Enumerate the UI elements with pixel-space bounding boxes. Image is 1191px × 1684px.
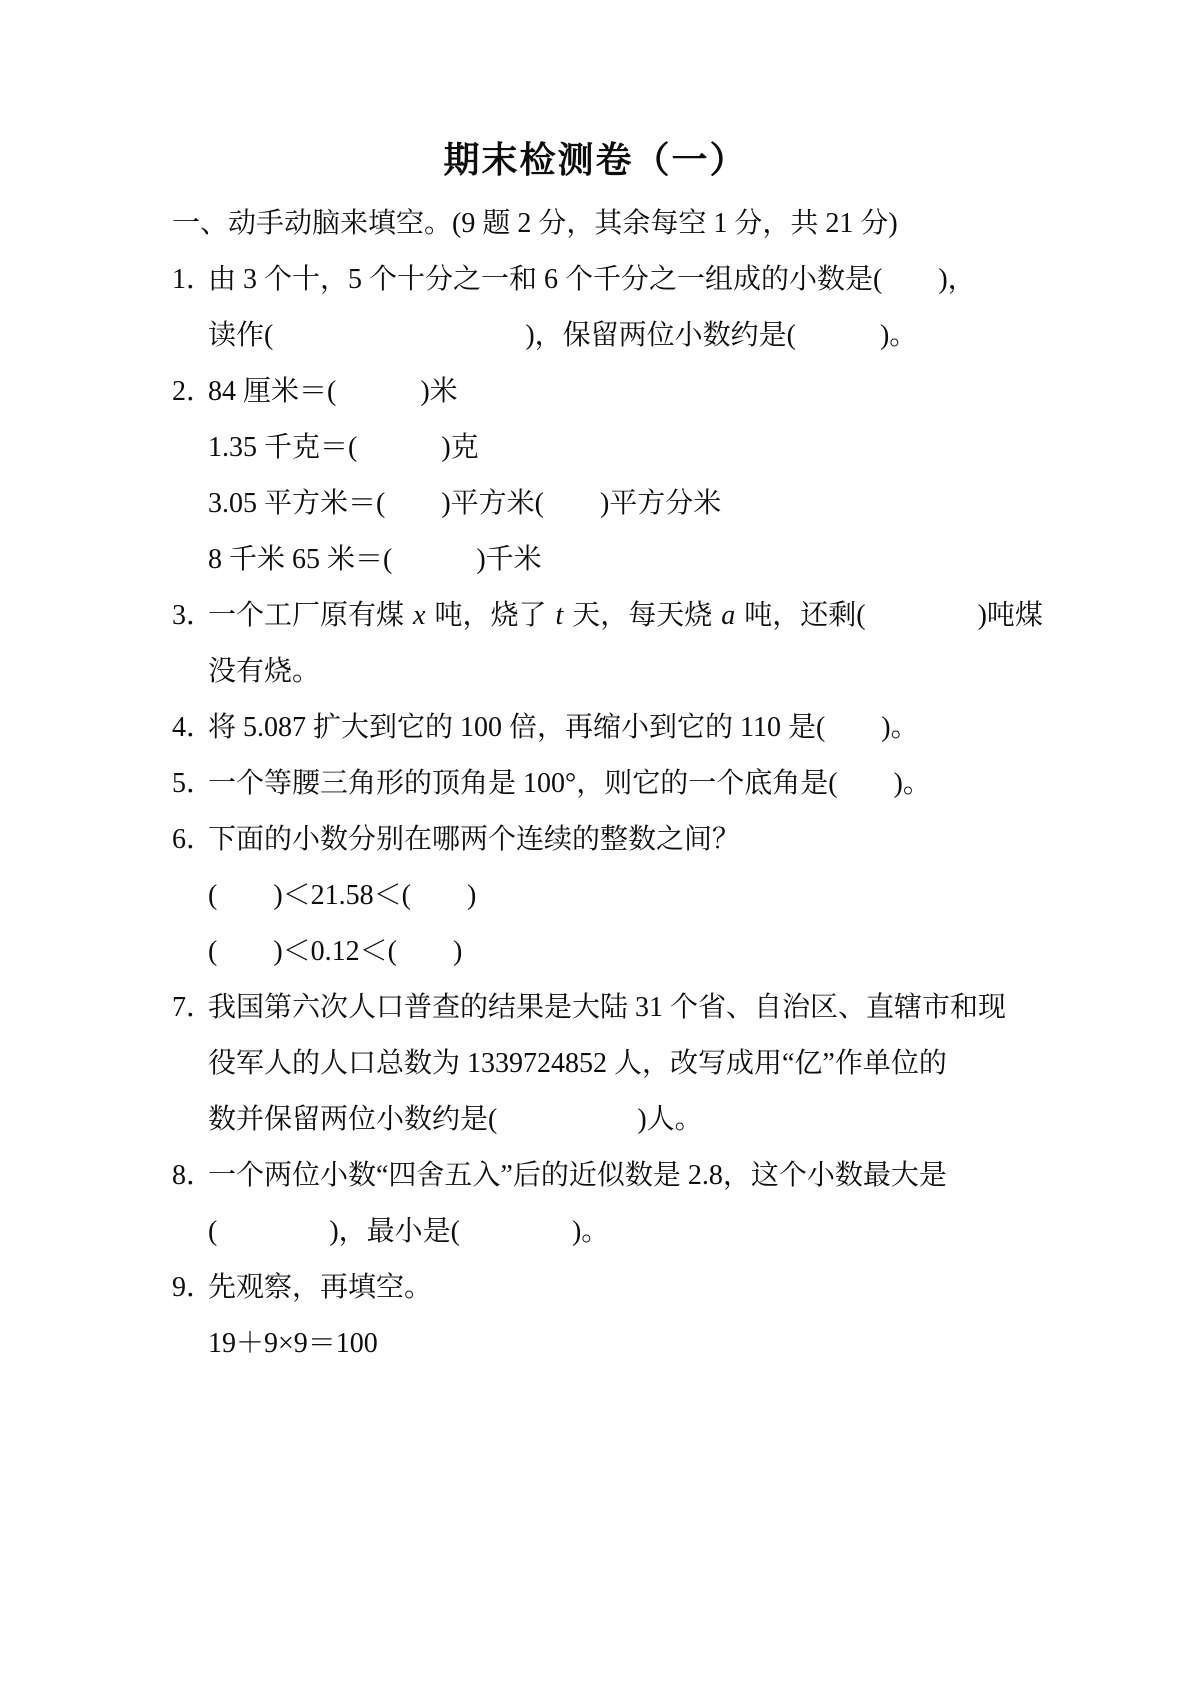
question-7-text: 我国第六次人口普查的结果是大陆 31 个省、自治区、直辖市和现 — [208, 992, 1006, 1023]
question-2-line-4: 8 千米 65 米＝( )千米 — [172, 532, 1051, 588]
question-4-text: 将 5.087 扩大到它的 100 倍，再缩小到它的 110 是( )。 — [208, 712, 919, 743]
question-9-line-1: 9．先观察，再填空。 — [172, 1260, 1051, 1316]
question-3-text-part: 吨，烧了 — [427, 600, 553, 631]
question-8-line-2: ( )，最小是( )。 — [172, 1204, 1051, 1260]
question-1-text: 由 3 个十，5 个十分之一和 6 个千分之一组成的小数是( )， — [208, 264, 976, 295]
question-7-line-2: 役军人的人口总数为 1339724852 人，改写成用“亿”作单位的 — [172, 1036, 1051, 1092]
question-7-line-3: 数并保留两位小数约是( )人。 — [172, 1092, 1051, 1148]
question-1-line-1: 1．由 3 个十，5 个十分之一和 6 个千分之一组成的小数是( )， — [172, 252, 1051, 308]
variable-x: x — [411, 600, 427, 631]
question-section: 一、动手动脑来填空。(9 题 2 分，其余每空 1 分，共 21 分) 1．由 … — [0, 196, 1191, 1372]
question-1-line-2: 读作( )，保留两位小数约是( )。 — [172, 308, 1051, 364]
question-9-text: 先观察，再填空。 — [208, 1272, 432, 1303]
exam-page: 期末检测卷（一） 一、动手动脑来填空。(9 题 2 分，其余每空 1 分，共 2… — [0, 0, 1191, 1684]
question-8-text: 一个两位小数“四舍五入”后的近似数是 2.8，这个小数最大是 — [208, 1160, 947, 1191]
question-3-line-2: 没有烧。 — [172, 644, 1051, 700]
question-2-line-1: 2．84 厘米＝( )米 — [172, 364, 1051, 420]
question-6-number: 6． — [172, 812, 208, 868]
variable-a: a — [719, 600, 737, 631]
question-8-number: 8． — [172, 1148, 208, 1204]
question-2-number: 2． — [172, 364, 208, 420]
question-3-text: 一个工厂原有煤 x 吨，烧了 t 天，每天烧 a 吨，还剩( )吨煤 — [208, 600, 1043, 631]
question-2-text: 84 厘米＝( )米 — [208, 376, 458, 407]
question-3-text-part: 一个工厂原有煤 — [208, 600, 411, 631]
question-4-line-1: 4．将 5.087 扩大到它的 100 倍，再缩小到它的 110 是( )。 — [172, 700, 1051, 756]
question-6-text: 下面的小数分别在哪两个连续的整数之间？ — [208, 824, 740, 855]
question-9-number: 9． — [172, 1260, 208, 1316]
question-7-line-1: 7．我国第六次人口普查的结果是大陆 31 个省、自治区、直辖市和现 — [172, 980, 1051, 1036]
question-5-line-1: 5．一个等腰三角形的顶角是 100°，则它的一个底角是( )。 — [172, 756, 1051, 812]
question-7-number: 7． — [172, 980, 208, 1036]
question-3-text-part: 天，每天烧 — [565, 600, 719, 631]
question-4-number: 4． — [172, 700, 208, 756]
variable-t: t — [553, 600, 565, 631]
question-2-line-3: 3.05 平方米＝( )平方米( )平方分米 — [172, 476, 1051, 532]
question-5-text: 一个等腰三角形的顶角是 100°，则它的一个底角是( )。 — [208, 768, 931, 799]
question-6-line-2: ( )＜21.58＜( ) — [172, 868, 1051, 924]
question-6-line-3: ( )＜0.12＜( ) — [172, 924, 1051, 980]
question-8-line-1: 8．一个两位小数“四舍五入”后的近似数是 2.8，这个小数最大是 — [172, 1148, 1051, 1204]
page-title: 期末检测卷（一） — [0, 0, 1191, 182]
question-2-line-2: 1.35 千克＝( )克 — [172, 420, 1051, 476]
question-5-number: 5． — [172, 756, 208, 812]
question-1-number: 1． — [172, 252, 208, 308]
section-header: 一、动手动脑来填空。(9 题 2 分，其余每空 1 分，共 21 分) — [172, 196, 1051, 252]
question-3-number: 3． — [172, 588, 208, 644]
question-6-line-1: 6．下面的小数分别在哪两个连续的整数之间？ — [172, 812, 1051, 868]
question-3-line-1: 3．一个工厂原有煤 x 吨，烧了 t 天，每天烧 a 吨，还剩( )吨煤 — [172, 588, 1051, 644]
question-9-equation: 19＋9×9＝100 — [172, 1316, 1051, 1372]
question-3-text-part: 吨，还剩( )吨煤 — [737, 600, 1043, 631]
